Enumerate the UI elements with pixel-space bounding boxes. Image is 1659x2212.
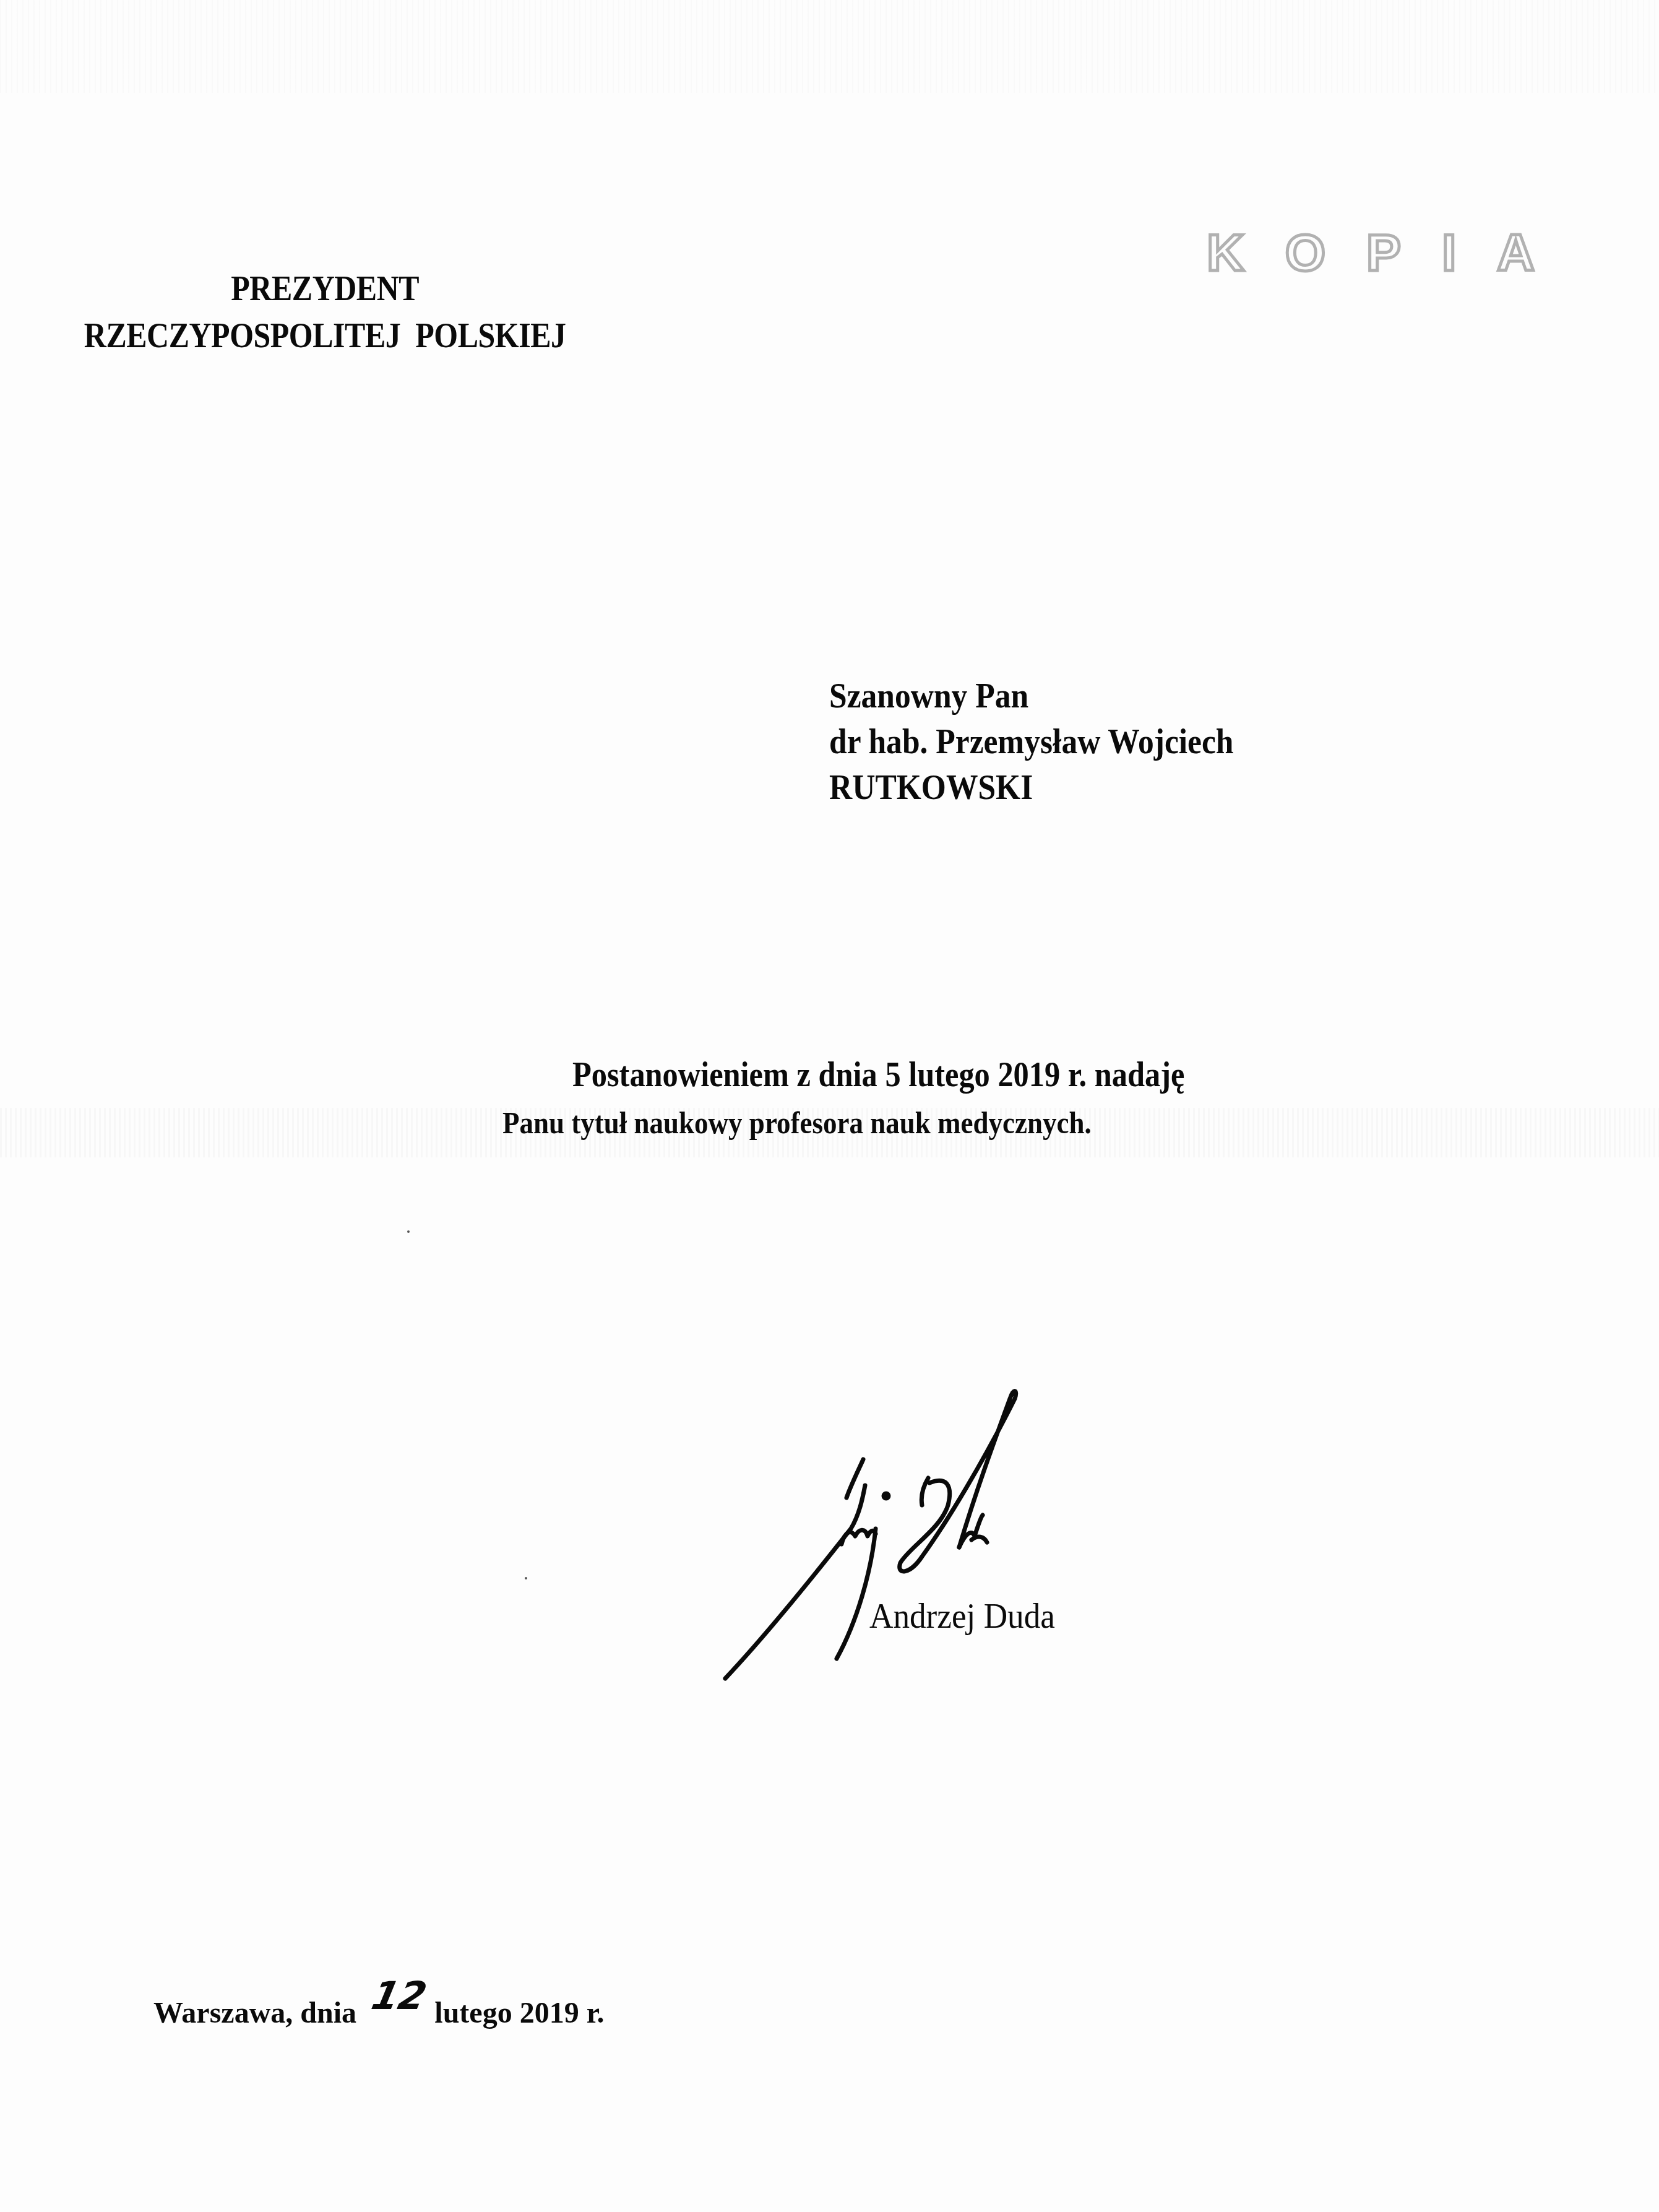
addressee-name: dr hab. Przemysław Wojciech [829,719,1233,765]
letterhead-subtitle: RZECZYPOSPOLITEJ POLSKIEJ [48,312,601,359]
letterhead: PREZYDENT RZECZYPOSPOLITEJ POLSKIEJ [48,265,601,359]
letterhead-title: PREZYDENT [48,265,601,312]
handwritten-day: 12 [368,1973,431,2018]
signature-icon [712,1374,1207,1745]
scan-speck [525,1577,527,1579]
salutation: Szanowny Pan [829,673,1233,719]
signer-printed-name: Andrzej Duda [869,1597,1055,1636]
date-suffix: lutego 2019 r. [434,1996,604,2030]
document-page: PREZYDENT RZECZYPOSPOLITEJ POLSKIEJ KOPI… [0,0,1659,2212]
date-prefix: Warszawa, dnia [153,1996,356,2030]
body-text-line-1: Postanowieniem z dnia 5 lutego 2019 r. n… [572,1055,1184,1095]
body-text-line-2: Panu tytuł naukowy profesora nauk medycz… [502,1105,1092,1141]
copy-stamp: KOPIA [1207,223,1575,283]
scan-noise [0,0,1659,93]
addressee-block: Szanowny Pan dr hab. Przemysław Wojciech… [829,673,1233,811]
place-date-line: Warszawa, dnia 12 lutego 2019 r. [153,1987,605,2032]
scan-speck [407,1230,410,1233]
addressee-surname: RUTKOWSKI [829,765,1233,811]
